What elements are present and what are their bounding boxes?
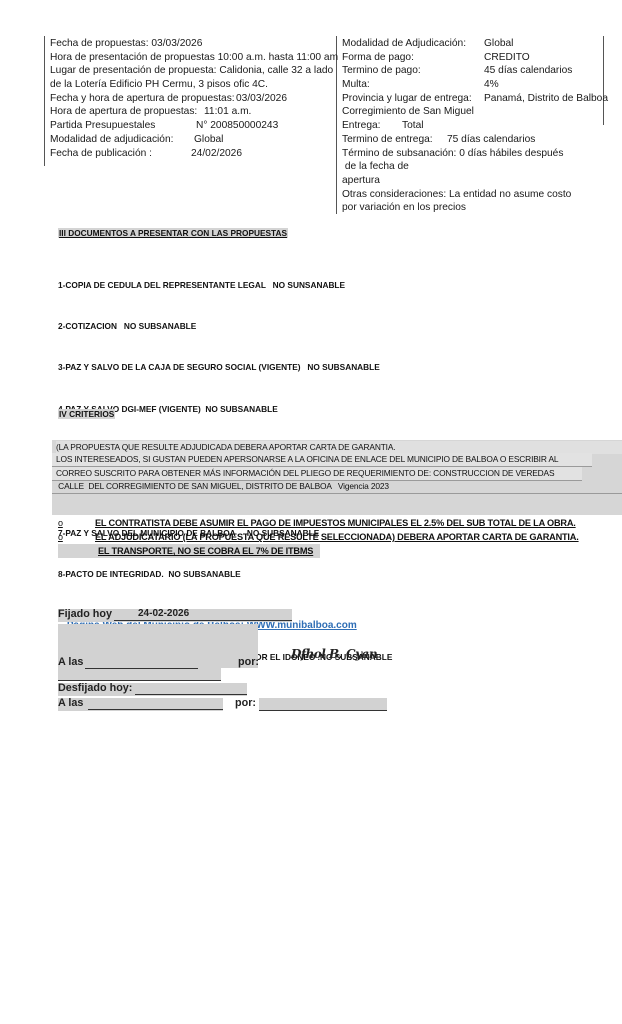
a-las-field-2[interactable] [88,709,223,710]
por-label: por: [238,656,259,668]
fijado-date: 24-02-2026 [138,608,189,619]
info-row: Modalidad de adjudicación:Global [50,133,335,147]
criteria-line: CALLE DEL CORREGIMIENTO DE SAN MIGUEL, D… [52,480,622,494]
por-field-2[interactable] [259,698,387,711]
info-row: Termino de pago:45 días calendarios [342,64,622,78]
info-row: Otras consideraciones: La entidad no asu… [342,188,622,202]
right-info-block: Modalidad de Adjudicación:Global Forma d… [342,37,622,215]
desfijado-field[interactable] [135,694,247,695]
info-row: Provincia y lugar de entrega:Panamá, Dis… [342,92,622,106]
info-row: Término de subsanación: 0 días hábiles d… [342,147,622,161]
criteria-line: LOS INTERESEADOS, SI GUSTAN PUEDEN APERS… [52,453,592,467]
por-label-2: por: [235,697,256,709]
info-row: Entrega:Total [342,119,622,133]
a-las-label-2: A las [58,697,83,709]
a-las-row: A las por: Dfhol B. Cyan [58,656,378,670]
info-row: Multa:4% [342,78,622,92]
info-row: Fecha de publicación :24/02/2026 [50,147,335,161]
info-row: Lugar de presentación de propuesta: Cali… [50,64,335,78]
desfijado-label: Desfijado hoy: [58,682,132,694]
left-info-block: Fecha de propuestas: 03/03/2026 Hora de … [50,37,335,160]
info-row: de la fecha de [342,160,622,174]
info-row: Fecha de propuestas: 03/03/2026 [50,37,335,51]
bullet-text: EL TRANSPORTE, NO SE COBRA EL 7% DE ITBM… [58,544,320,558]
a-las-row-2: A las por: [58,698,388,711]
signature-line [58,680,221,681]
info-row: Modalidad de Adjudicación:Global [342,37,622,51]
info-row: por variación en los precios [342,201,622,215]
info-row: Termino de entrega:75 días calendarios [342,133,622,147]
bullet-marker: o [58,530,63,544]
fijado-label: Fijado hoy [58,608,112,620]
info-row: de la Lotería Edificio PH Cermu, 3 pisos… [50,78,335,92]
document-item: 4-PAZ Y SALVO DGI-MEF (VIGENTE) NO SUBSA… [58,403,557,417]
document-item: 3-PAZ Y SALVO DE LA CAJA DE SEGURO SOCIA… [58,361,557,375]
desfijado-row: Desfijado hoy: [58,683,247,696]
info-row: Hora de apertura de propuestas:11:01 a.m… [50,105,335,119]
criteria-box: (LA PROPUESTA QUE RESULTE ADJUDICADA DEB… [52,440,622,515]
info-row: Hora de presentación de propuestas 10:00… [50,51,335,65]
section-3-title: III DOCUMENTOS A PRESENTAR CON LAS PROPU… [58,228,288,238]
bullet-text: EL CONTRATISTA DEBE ASUMIR EL PAGO DE IM… [95,516,576,530]
a-las-field[interactable] [85,668,198,669]
section-4-title: IV CRITERIOS [58,409,115,419]
document-item: 1-COPIA DE CEDULA DEL REPRESENTANTE LEGA… [58,279,557,293]
info-row: Fecha y hora de apertura de propuestas:0… [50,92,335,106]
info-row: apertura [342,174,622,188]
criteria-line: CORREO SUSCRITO PARA OBTENER MÁS INFORMA… [52,467,582,481]
left-column-border [44,36,45,166]
signature: Dfhol B. Cyan [291,647,377,661]
info-row: Forma de pago:CREDITO [342,51,622,65]
bullet-marker: o [58,516,63,530]
document-item: 8-PACTO DE INTEGRIDAD. NO SUBSANABLE [58,568,557,582]
fijado-row: Fijado hoy 24-02-2026 [58,609,292,622]
document-item: 2-COTIZACION NO SUBSANABLE [58,320,557,334]
bullet-text: EL ADJUDICATARIO (LA PROPUESTA QUE RESUL… [95,530,579,544]
info-row: Partida PresupuestalesN° 200850000243 [50,119,335,133]
info-row: Corregimiento de San Miguel [342,105,622,119]
a-las-label: A las [58,656,83,668]
